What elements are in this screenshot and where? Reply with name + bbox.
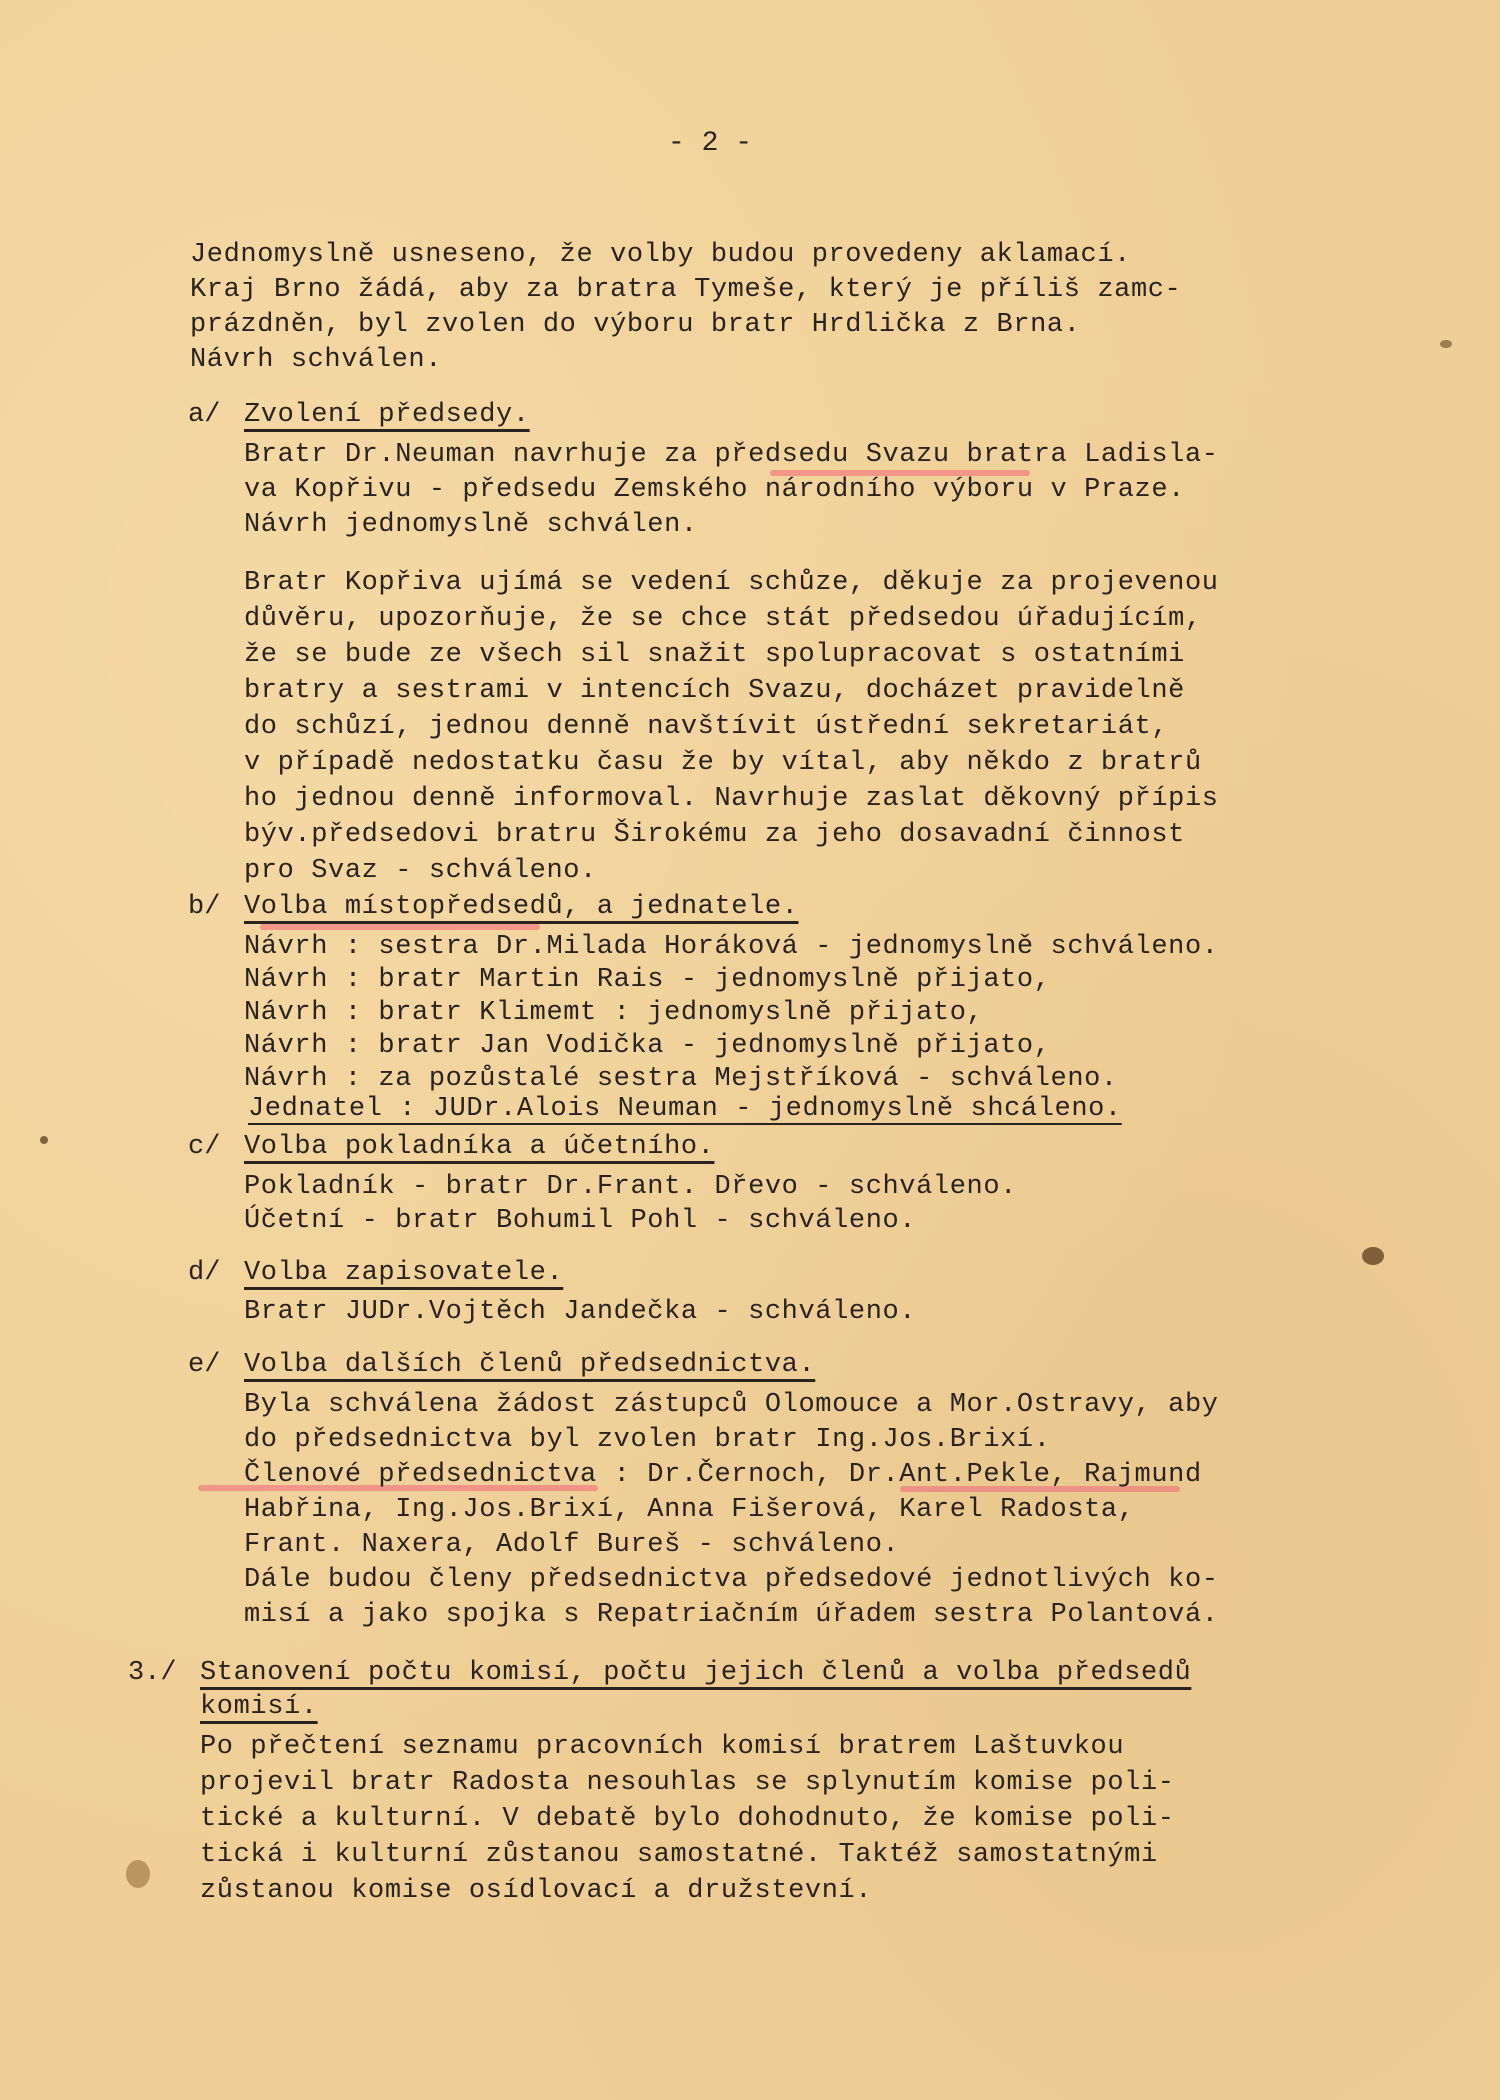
body-line: Návrh : sestra Dr.Milada Horáková - jedn… [244,932,1219,962]
section-heading: Volba místopředsedů, a jednatele. [244,892,799,922]
section-heading: Volba dalších členů předsednictva. [244,1350,815,1380]
body-line: Návrh : za pozůstalé sestra Mejstříková … [244,1064,1118,1094]
section-label: 3./ [128,1658,177,1688]
red-highlight [260,924,540,930]
body-line: tická i kulturní zůstanou samostatné. Ta… [200,1840,1158,1870]
body-line: Dále budou členy předsednictva předsedov… [244,1565,1219,1595]
section-heading: Volba pokladníka a účetního. [244,1132,714,1162]
body-line: Členové předsednictva : Dr.Černoch, Dr.A… [244,1460,1202,1490]
stain-spot [126,1860,150,1888]
stain-spot [1440,340,1452,348]
body-line: Návrh : bratr Martin Rais - jednomyslně … [244,965,1051,995]
body-line: Účetní - bratr Bohumil Pohl - schváleno. [244,1206,916,1236]
body-line: do předsednictva byl zvolen bratr Ing.Jo… [244,1425,1051,1455]
body-line: misí a jako spojka s Repatriačním úřadem… [244,1600,1219,1630]
intro-line: Jednomyslně usneseno, že volby budou pro… [190,240,1131,270]
ink-spot [1362,1247,1384,1265]
section-heading: Stanovení počtu komisí, počtu jejich čle… [200,1658,1191,1688]
body-line: Bratr JUDr.Vojtěch Jandečka - schváleno. [244,1297,916,1327]
section-label: a/ [188,400,220,430]
ink-spot [40,1136,48,1144]
body-line: Pokladník - bratr Dr.Frant. Dřevo - schv… [244,1172,1017,1202]
body-line: Po přečtení seznamu pracovních komisí br… [200,1732,1124,1762]
body-line: tické a kulturní. V debatě bylo dohodnut… [200,1804,1175,1834]
body-line: Frant. Naxera, Adolf Bureš - schváleno. [244,1530,899,1560]
intro-line: Návrh schválen. [190,345,442,375]
body-line: Návrh : bratr Jan Vodička - jednomyslně … [244,1031,1051,1061]
section-label: b/ [188,892,220,922]
intro-line: Kraj Brno žádá, aby za bratra Tymeše, kt… [190,275,1181,305]
body-line: Jednatel : JUDr.Alois Neuman - jednomysl… [248,1094,1122,1124]
body-line: býv.předsedovi bratru Širokému za jeho d… [244,820,1185,850]
section-heading: Zvolení předsedy. [244,400,530,430]
body-line: bratry a sestrami v intencích Svazu, doc… [244,676,1185,706]
intro-line: prázdněn, byl zvolen do výboru bratr Hrd… [190,310,1081,340]
page-number: - 2 - [0,128,1420,159]
body-line: v případě nedostatku času že by vítal, a… [244,748,1202,778]
section-heading: komisí. [200,1692,318,1722]
section-heading: Volba zapisovatele. [244,1258,563,1288]
body-line: ho jednou denně informoval. Navrhuje zas… [244,784,1219,814]
body-line: Byla schválena žádost zástupců Olomouce … [244,1390,1219,1420]
body-line: Návrh jednomyslně schválen. [244,510,698,540]
body-line: důvěru, upozorňuje, že se chce stát před… [244,604,1202,634]
body-line: Habřina, Ing.Jos.Brixí, Anna Fišerová, K… [244,1495,1135,1525]
section-label: e/ [188,1350,220,1380]
body-line: Návrh : bratr Klimemt : jednomyslně přij… [244,998,983,1028]
body-line: zůstanou komise osídlovací a družstevní. [200,1876,872,1906]
body-line: pro Svaz - schváleno. [244,856,597,886]
section-label: d/ [188,1258,220,1288]
body-line: že se bude ze všech sil snažit spoluprac… [244,640,1185,670]
body-line: va Kopřivu - předsedu Zemského národního… [244,475,1185,505]
body-line: Bratr Dr.Neuman navrhuje za předsedu Sva… [244,440,1219,470]
body-line: do schůzí, jednou denně navštívit ústřed… [244,712,1168,742]
body-line: projevil bratr Radosta nesouhlas se sply… [200,1768,1175,1798]
body-line: Bratr Kopřiva ujímá se vedení schůze, dě… [244,568,1219,598]
section-label: c/ [188,1132,220,1162]
